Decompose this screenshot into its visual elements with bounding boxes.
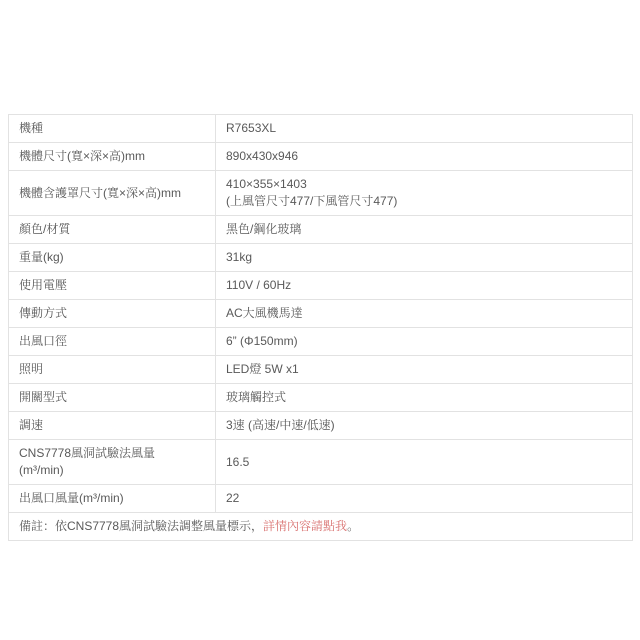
spec-value-cell: 玻璃觸控式: [216, 384, 633, 412]
spec-value-cell: R7653XL: [216, 115, 633, 143]
spec-value-cell: AC大風機馬達: [216, 300, 633, 328]
table-row: 顏色/材質 黑色/鋼化玻璃: [9, 216, 633, 244]
spec-value-cell: LED燈 5W x1: [216, 356, 633, 384]
spec-value-cell: 6” (Φ150mm): [216, 328, 633, 356]
spec-table-body: 機種 R7653XL 機體尺寸(寬×深×高)mm 890x430x946 機體含…: [9, 115, 633, 541]
table-row: CNS7778風洞試驗法風量 (m³/min) 16.5: [9, 440, 633, 485]
table-row: 開關型式 玻璃觸控式: [9, 384, 633, 412]
spec-label-cell: 開關型式: [9, 384, 216, 412]
details-link[interactable]: 詳情內容請點我: [263, 519, 347, 533]
spec-label-cell: 使用電壓: [9, 272, 216, 300]
table-row: 使用電壓 110V / 60Hz: [9, 272, 633, 300]
spec-label-cell: 重量(kg): [9, 244, 216, 272]
spec-label-cell: 出風口風量(m³/min): [9, 485, 216, 513]
footnote-row: 備註：依CNS7778風洞試驗法調整風量標示，詳情內容請點我。: [9, 513, 633, 541]
footnote-text: 備註：依CNS7778風洞試驗法調整風量標示，: [19, 519, 263, 533]
spec-value-cell: 3速 (高速/中速/低速): [216, 412, 633, 440]
footnote-cell: 備註：依CNS7778風洞試驗法調整風量標示，詳情內容請點我。: [9, 513, 633, 541]
table-row: 機體含護罩尺寸(寬×深×高)mm 410×355×1403 (上風管尺寸477/…: [9, 171, 633, 216]
table-row: 傳動方式 AC大風機馬達: [9, 300, 633, 328]
spec-label-cell: 機體尺寸(寬×深×高)mm: [9, 143, 216, 171]
spec-value-cell: 890x430x946: [216, 143, 633, 171]
spec-label-cell: 照明: [9, 356, 216, 384]
spec-label-cell: 顏色/材質: [9, 216, 216, 244]
spec-table: 機種 R7653XL 機體尺寸(寬×深×高)mm 890x430x946 機體含…: [8, 114, 633, 541]
spec-label-cell: 機種: [9, 115, 216, 143]
table-row: 照明 LED燈 5W x1: [9, 356, 633, 384]
spec-label-cell: 調速: [9, 412, 216, 440]
product-spec-page: 機種 R7653XL 機體尺寸(寬×深×高)mm 890x430x946 機體含…: [0, 0, 640, 640]
spec-value-cell: 31kg: [216, 244, 633, 272]
table-row: 出風口風量(m³/min) 22: [9, 485, 633, 513]
footnote-suffix: 。: [347, 519, 359, 533]
table-row: 重量(kg) 31kg: [9, 244, 633, 272]
spec-value-cell: 110V / 60Hz: [216, 272, 633, 300]
table-row: 機種 R7653XL: [9, 115, 633, 143]
spec-value-cell: 16.5: [216, 440, 633, 485]
table-row: 機體尺寸(寬×深×高)mm 890x430x946: [9, 143, 633, 171]
spec-label-cell: 出風口徑: [9, 328, 216, 356]
spec-value-cell: 22: [216, 485, 633, 513]
spec-label-cell: 機體含護罩尺寸(寬×深×高)mm: [9, 171, 216, 216]
table-row: 出風口徑 6” (Φ150mm): [9, 328, 633, 356]
spec-label-cell: CNS7778風洞試驗法風量 (m³/min): [9, 440, 216, 485]
table-row: 調速 3速 (高速/中速/低速): [9, 412, 633, 440]
spec-value-cell: 410×355×1403 (上風管尺寸477/下風管尺寸477): [216, 171, 633, 216]
spec-label-cell: 傳動方式: [9, 300, 216, 328]
spec-value-cell: 黑色/鋼化玻璃: [216, 216, 633, 244]
